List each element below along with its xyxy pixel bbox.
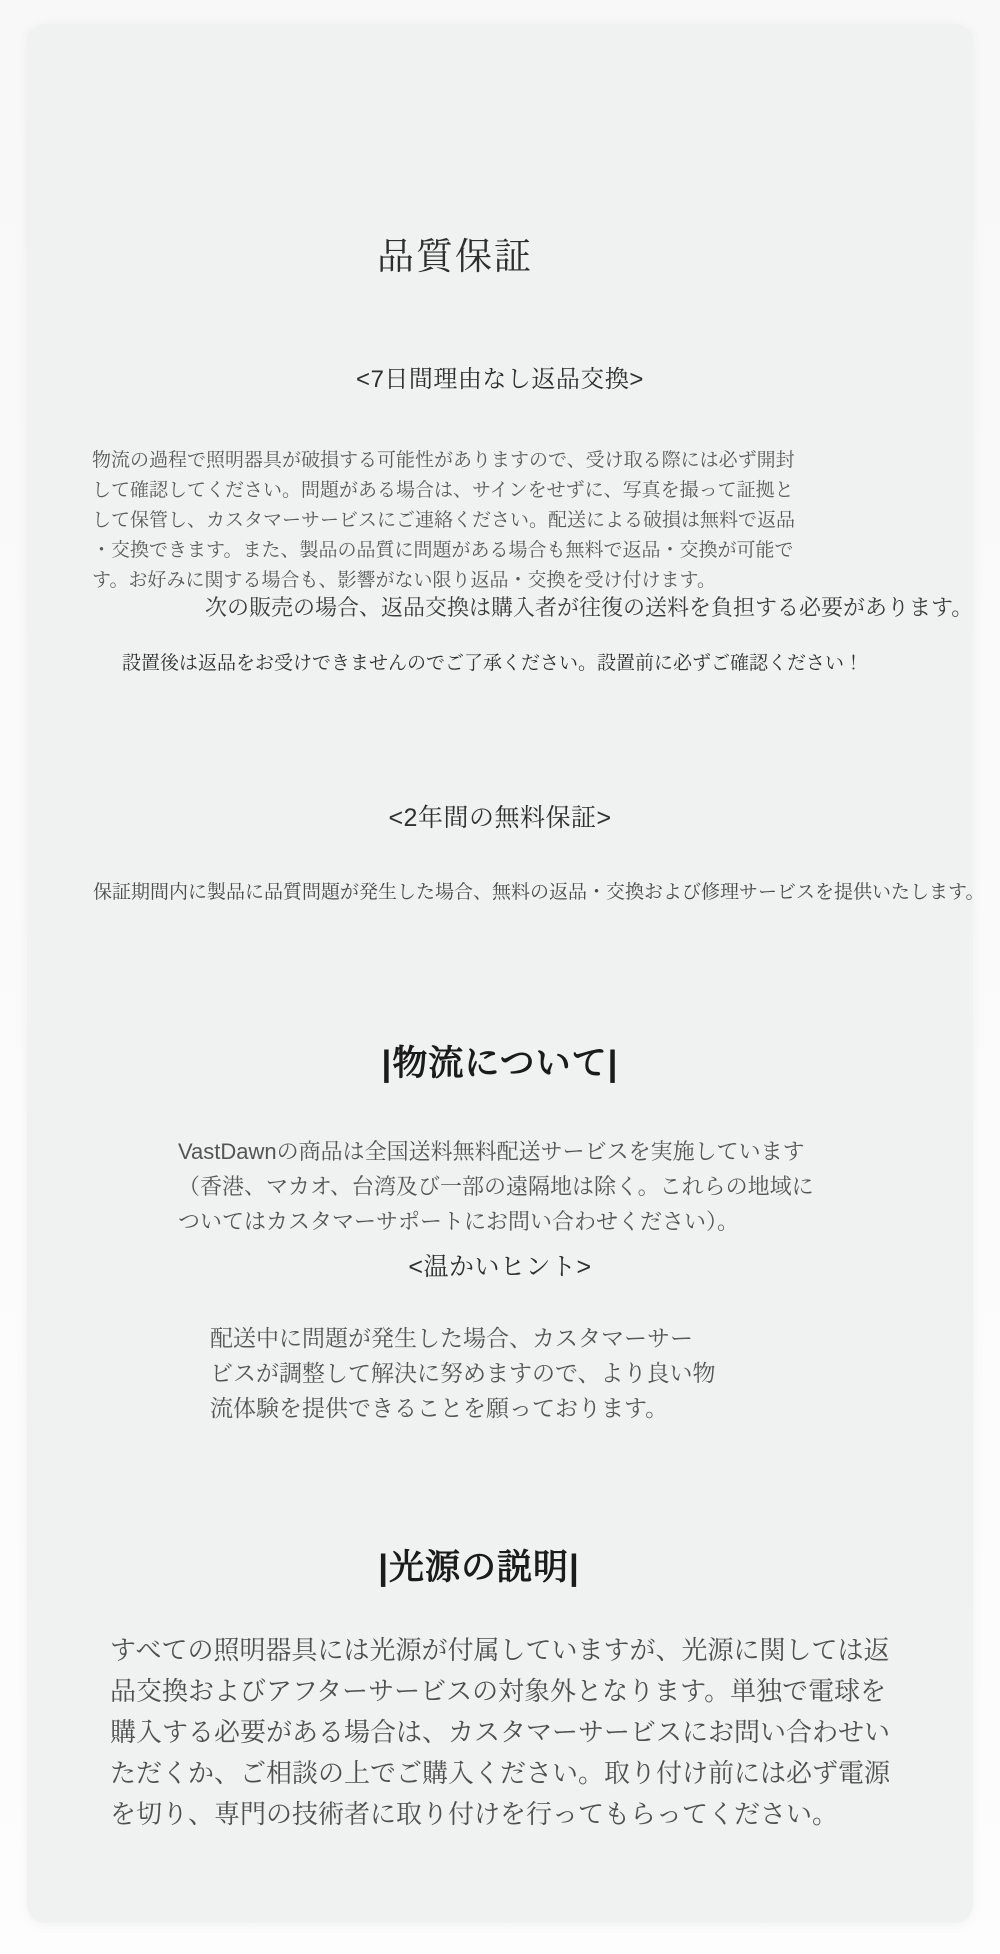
warranty-heading: <2年間の無料保証> [27,798,973,834]
light-source-body: すべての照明器具には光源が付属していますが、光源に関しては返 品交換およびアフタ… [110,1630,890,1835]
product-description-page: 品質保証 <7日間理由なし返品交換> 物流の過程で照明器具が破損する可能性があり… [0,0,1000,1954]
page-title: 品質保証 [0,226,928,280]
hint-heading: <温かいヒント> [27,1247,973,1283]
logistics-body: VastDawnの商品は全国送料無料配送サービスを実施しています （香港、マカオ… [178,1134,814,1239]
installation-note: 設置後は返品をお受けできませんのでご了承ください。設置前に必ずご確認ください！ [122,648,863,675]
hint-body: 配送中に問題が発生した場合、カスタマーサー ビスが調整して解決に努めますので、よ… [210,1321,716,1426]
return-policy-heading: <7日間理由なし返品交換> [27,359,973,394]
warranty-body: 保証期間内に製品に品質問題が発生した場合、無料の返品・交換および修理サービスを提… [93,877,984,904]
light-source-heading: |光源の説明| [6,1540,952,1590]
return-policy-body: 物流の過程で照明器具が破損する可能性がありますので、受け取る際には必ず開封 して… [92,446,795,596]
content-card: 品質保証 <7日間理由なし返品交換> 物流の過程で照明器具が破損する可能性があり… [27,24,973,1923]
resale-note: 次の販売の場合、返品交換は購入者が往復の送料を負担する必要があります。 [205,591,973,622]
logistics-heading: |物流について| [27,1036,973,1086]
